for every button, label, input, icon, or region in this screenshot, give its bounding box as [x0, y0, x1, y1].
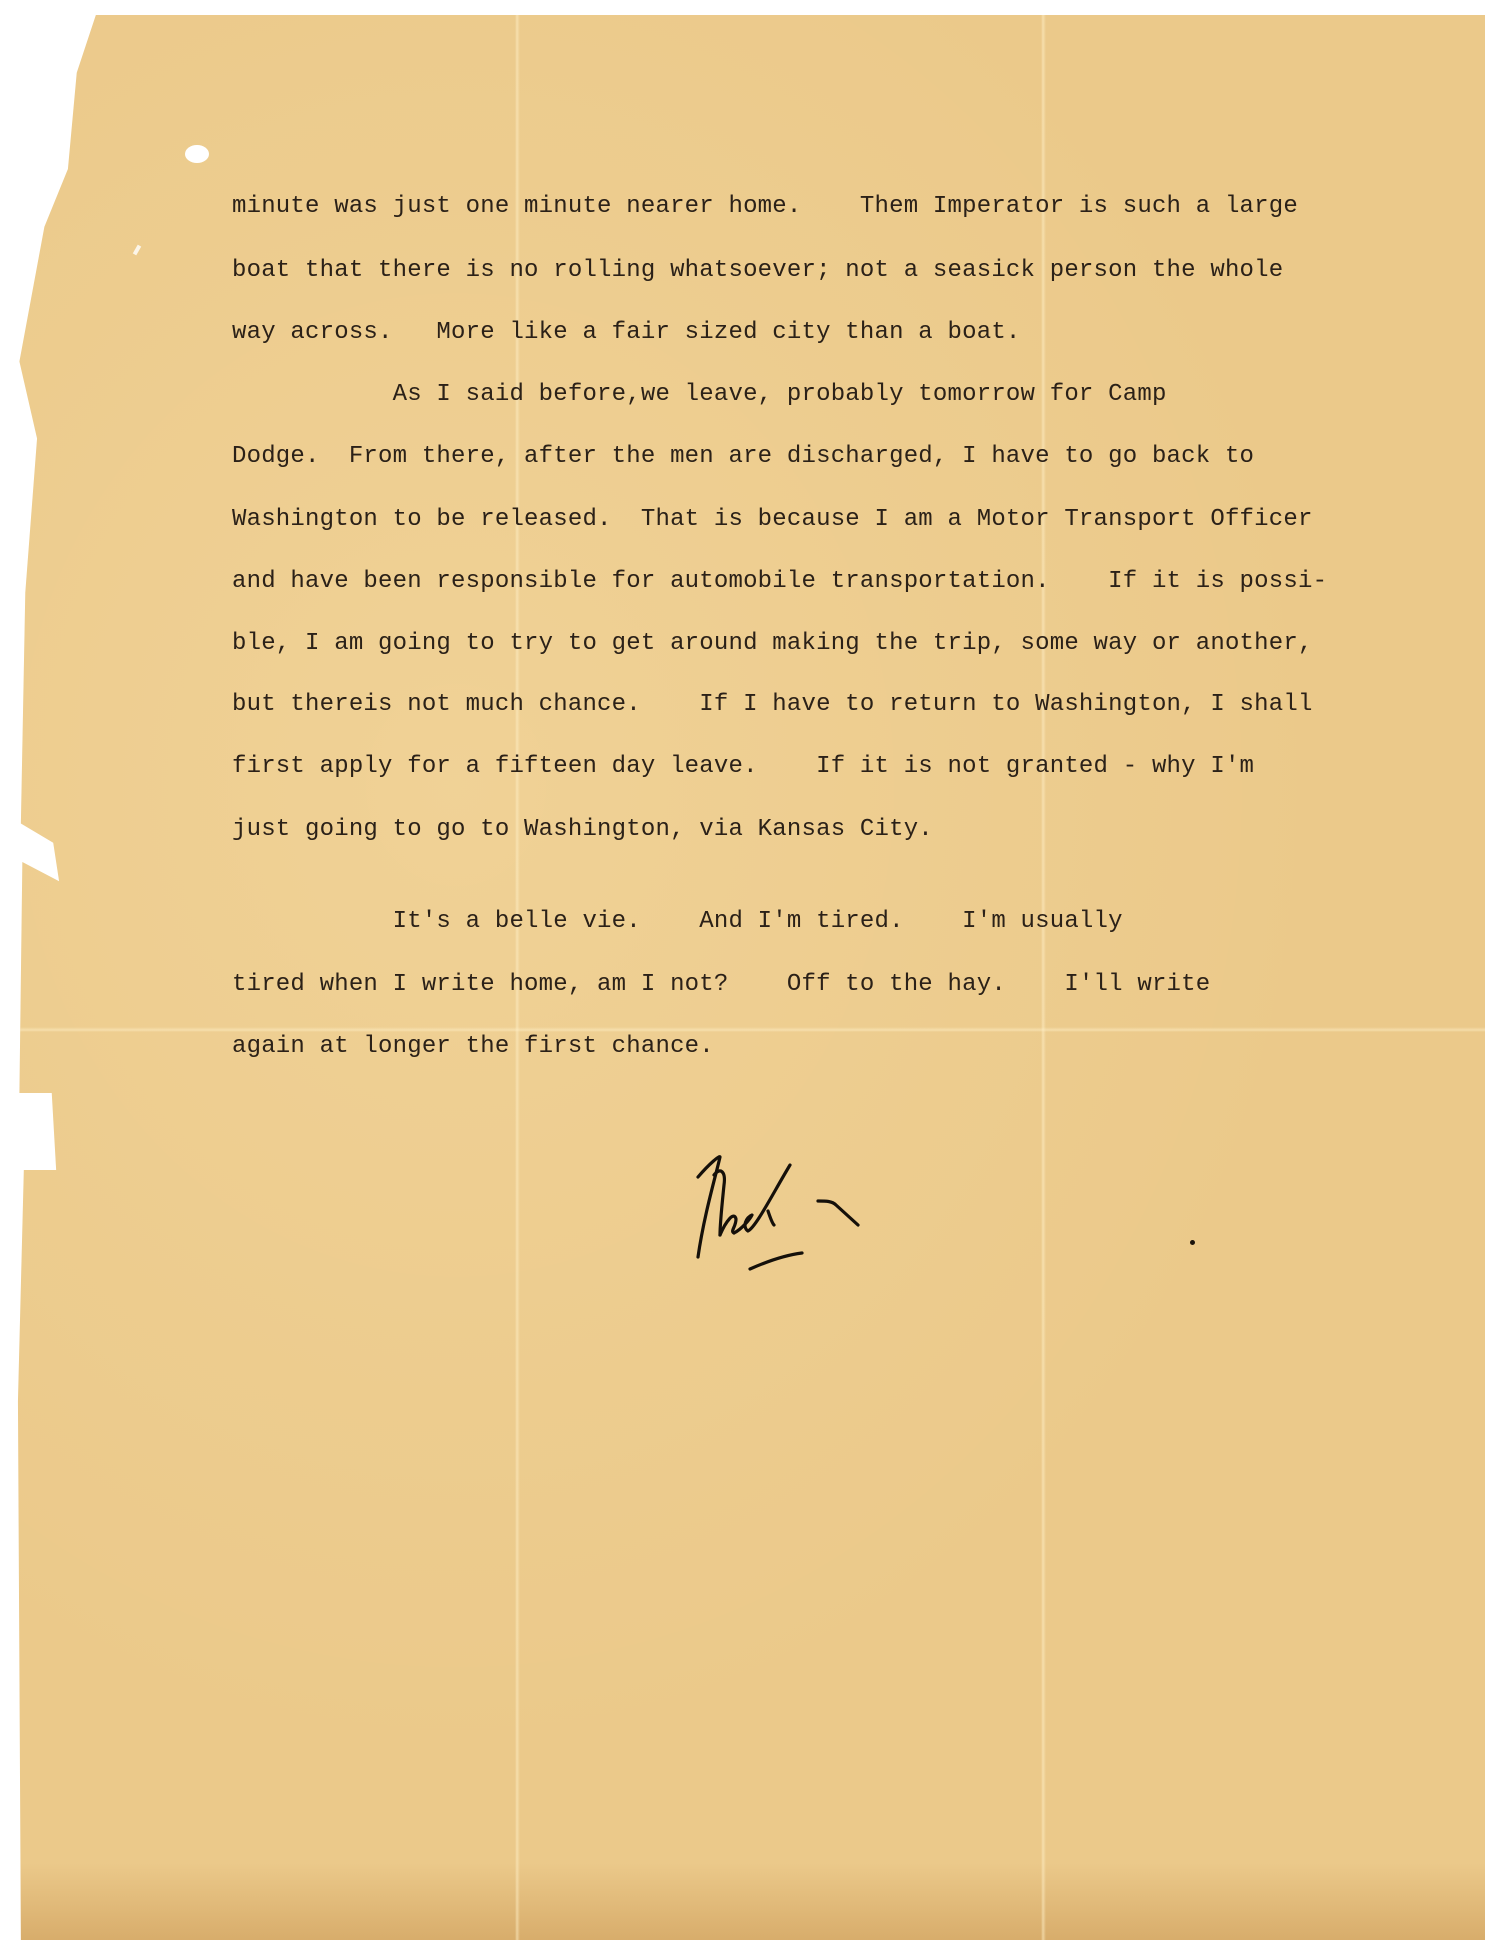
ink-dot	[1190, 1240, 1195, 1245]
text-line: It's a belle vie. And I'm tired. I'm usu…	[232, 907, 1123, 937]
text-line: first apply for a fifteen day leave. If …	[232, 752, 1254, 782]
text-line: and have been responsible for automobile…	[232, 567, 1327, 597]
text-line: but thereis not much chance. If I have t…	[232, 690, 1313, 720]
text-line: minute was just one minute nearer home. …	[232, 192, 1298, 222]
text-line: again at longer the first chance.	[232, 1032, 714, 1062]
text-line: way across. More like a fair sized city …	[232, 318, 1021, 348]
text-line: Dodge. From there, after the men are dis…	[232, 442, 1254, 472]
text-line: tired when I write home, am I not? Off t…	[232, 970, 1210, 1000]
text-line: ble, I am going to try to get around mak…	[232, 629, 1313, 659]
punch-hole	[185, 145, 209, 163]
paper-tear	[133, 245, 141, 256]
text-line: As I said before,we leave, probably tomo…	[232, 380, 1167, 410]
text-line: Washington to be released. That is becau…	[232, 505, 1313, 535]
signature: Ned	[690, 1135, 950, 1285]
text-line: just going to go to Washington, via Kans…	[232, 815, 933, 845]
text-line: boat that there is no rolling whatsoever…	[232, 256, 1283, 286]
